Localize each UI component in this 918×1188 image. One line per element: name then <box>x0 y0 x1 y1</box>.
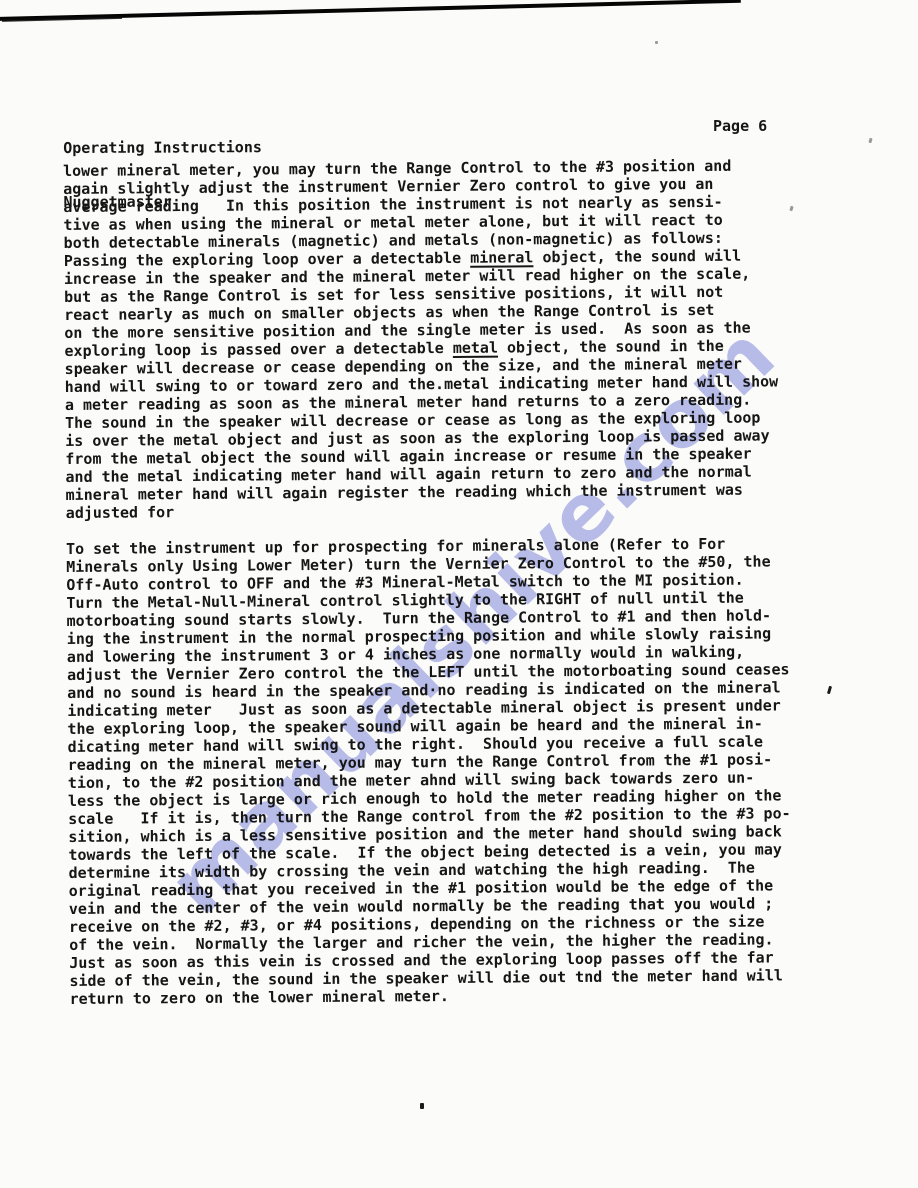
text-segment: adjusted for <box>66 503 175 522</box>
scanned-page: Operating Instructions Nuggetmaster Page… <box>0 0 918 1188</box>
document-body: lower mineral meter, you may turn the Ra… <box>63 156 870 1008</box>
text-segment: object, the sound will <box>533 247 741 267</box>
doc-title: Operating Instructions <box>63 138 262 157</box>
underlined-term: mineral <box>470 248 533 266</box>
text-segment: object, the sound in the <box>498 337 724 357</box>
scan-speck <box>420 1103 424 1109</box>
scan-artifact-line <box>0 0 741 20</box>
page-number: Page 6 <box>713 117 767 135</box>
text-segment: return to zero on the lower mineral mete… <box>70 987 449 1008</box>
underlined-term: metal <box>453 339 498 357</box>
paragraph-2: To set the instrument up for prospecting… <box>66 534 870 1008</box>
paragraph-1: lower mineral meter, you may turn the Ra… <box>63 156 866 522</box>
scan-speck <box>655 41 658 44</box>
scan-speck <box>868 138 872 144</box>
